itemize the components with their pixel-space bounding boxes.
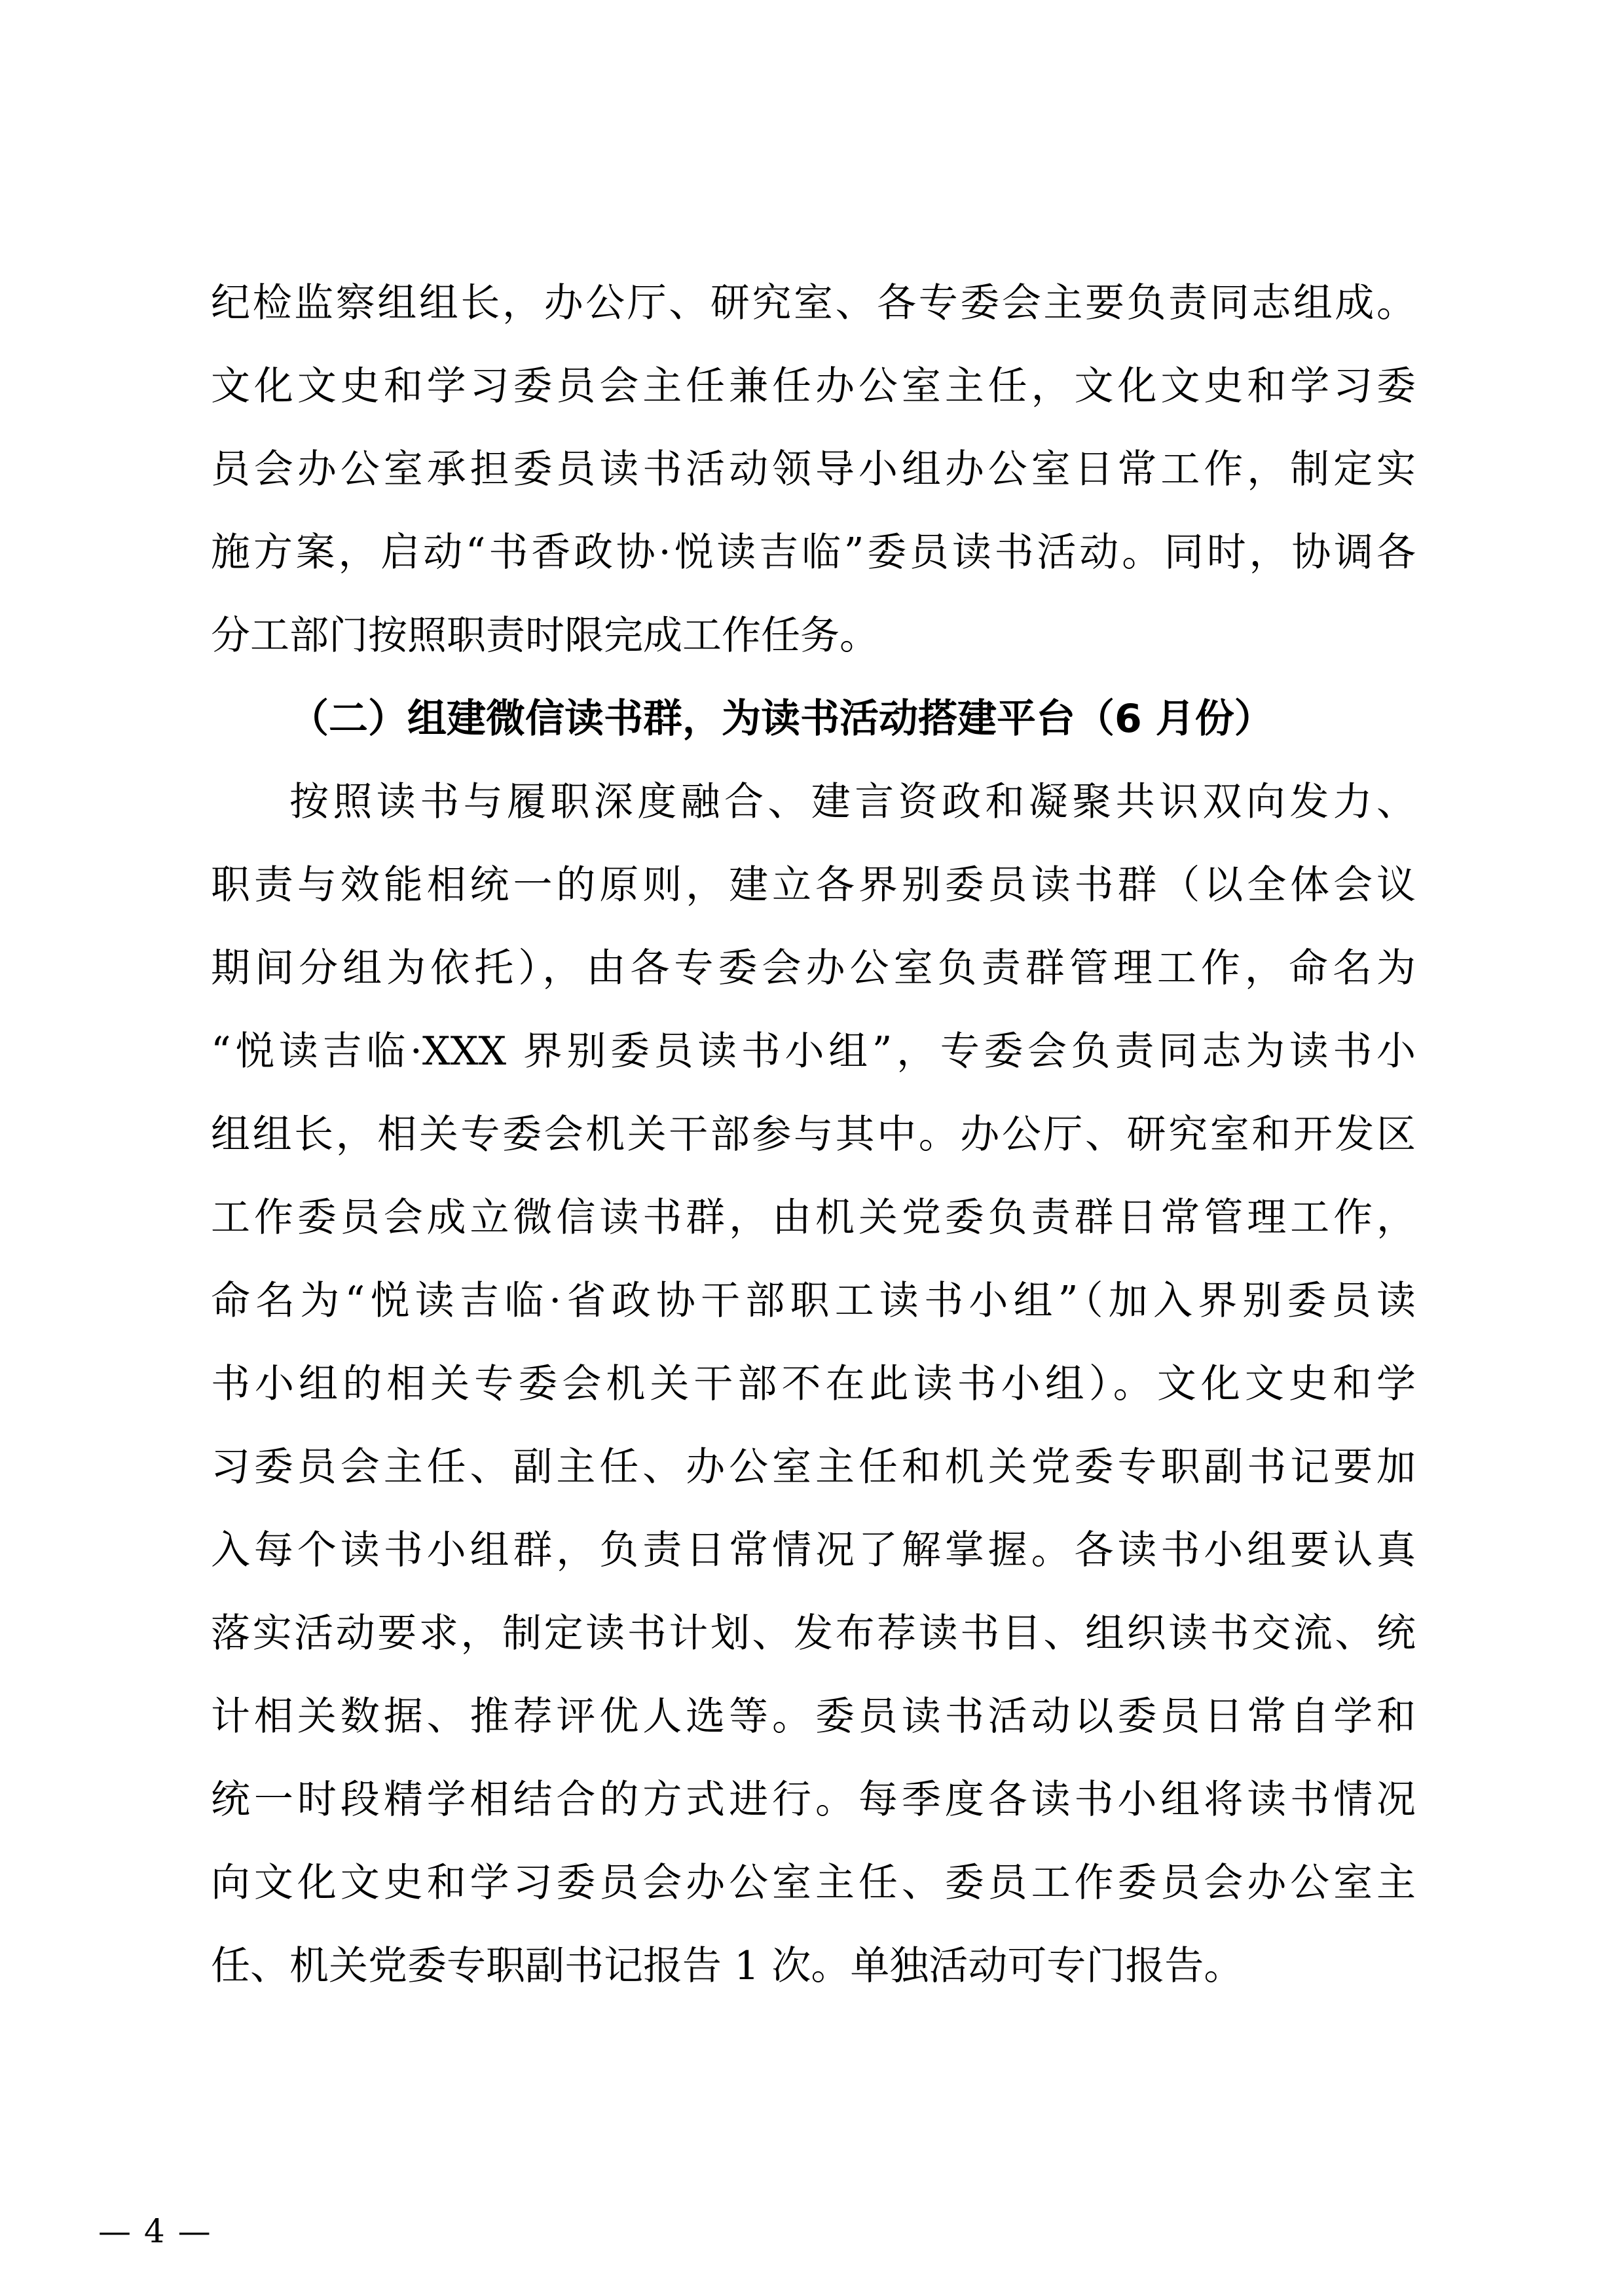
text-line: 分工部门按照职责时限完成工作任务。: [211, 594, 1416, 678]
text-line: 员会办公室承担委员读书活动领导小组办公室日常工作，制定实: [211, 428, 1416, 511]
text-line: 文化文史和学习委员会主任兼任办公室主任，文化文史和学习委: [211, 345, 1416, 428]
section-heading-line: （二）组建微信读书群，为读书活动搭建平台（6 月份）: [211, 678, 1416, 761]
text-line: 落实活动要求，制定读书计划、发布荐读书目、组织读书交流、统: [211, 1592, 1416, 1675]
text-line: 向文化文史和学习委员会办公室主任、委员工作委员会办公室主: [211, 1842, 1416, 1925]
text-line: 施方案，启动“书香政协·悦读吉临”委员读书活动。同时，协调各: [211, 511, 1416, 594]
text-line: 计相关数据、推荐评优人选等。委员读书活动以委员日常自学和: [211, 1675, 1416, 1758]
document-page: 纪检监察组组长，办公厅、研究室、各专委会主要负责同志组成。文化文史和学习委员会主…: [0, 0, 1624, 2296]
text-line: 按照读书与履职深度融合、建言资政和凝聚共识双向发力、: [211, 761, 1416, 844]
text-line: 职责与效能相统一的原则，建立各界别委员读书群（以全体会议: [211, 844, 1416, 927]
text-line: 组组长，相关专委会机关干部参与其中。办公厅、研究室和开发区: [211, 1093, 1416, 1176]
text-line: 任、机关党委专职副书记报告 1 次。单独活动可专门报告。: [211, 1925, 1416, 2008]
text-line: “悦读吉临·XXX 界别委员读书小组”，专委会负责同志为读书小: [211, 1010, 1416, 1093]
text-line: 纪检监察组组长，办公厅、研究室、各专委会主要负责同志组成。: [211, 262, 1416, 345]
text-line: 工作委员会成立微信读书群，由机关党委负责群日常管理工作，: [211, 1176, 1416, 1260]
text-line: 命名为“悦读吉临·省政协干部职工读书小组”（加入界别委员读: [211, 1260, 1416, 1343]
text-line: 书小组的相关专委会机关干部不在此读书小组）。文化文史和学: [211, 1343, 1416, 1426]
document-body: 纪检监察组组长，办公厅、研究室、各专委会主要负责同志组成。文化文史和学习委员会主…: [211, 262, 1416, 2008]
text-line: 入每个读书小组群，负责日常情况了解掌握。各读书小组要认真: [211, 1509, 1416, 1592]
page-number: — 4 —: [98, 2212, 212, 2251]
text-line: 期间分组为依托），由各专委会办公室负责群管理工作，命名为: [211, 927, 1416, 1010]
text-line: 习委员会主任、副主任、办公室主任和机关党委专职副书记要加: [211, 1426, 1416, 1509]
text-line: 统一时段精学相结合的方式进行。每季度各读书小组将读书情况: [211, 1758, 1416, 1842]
